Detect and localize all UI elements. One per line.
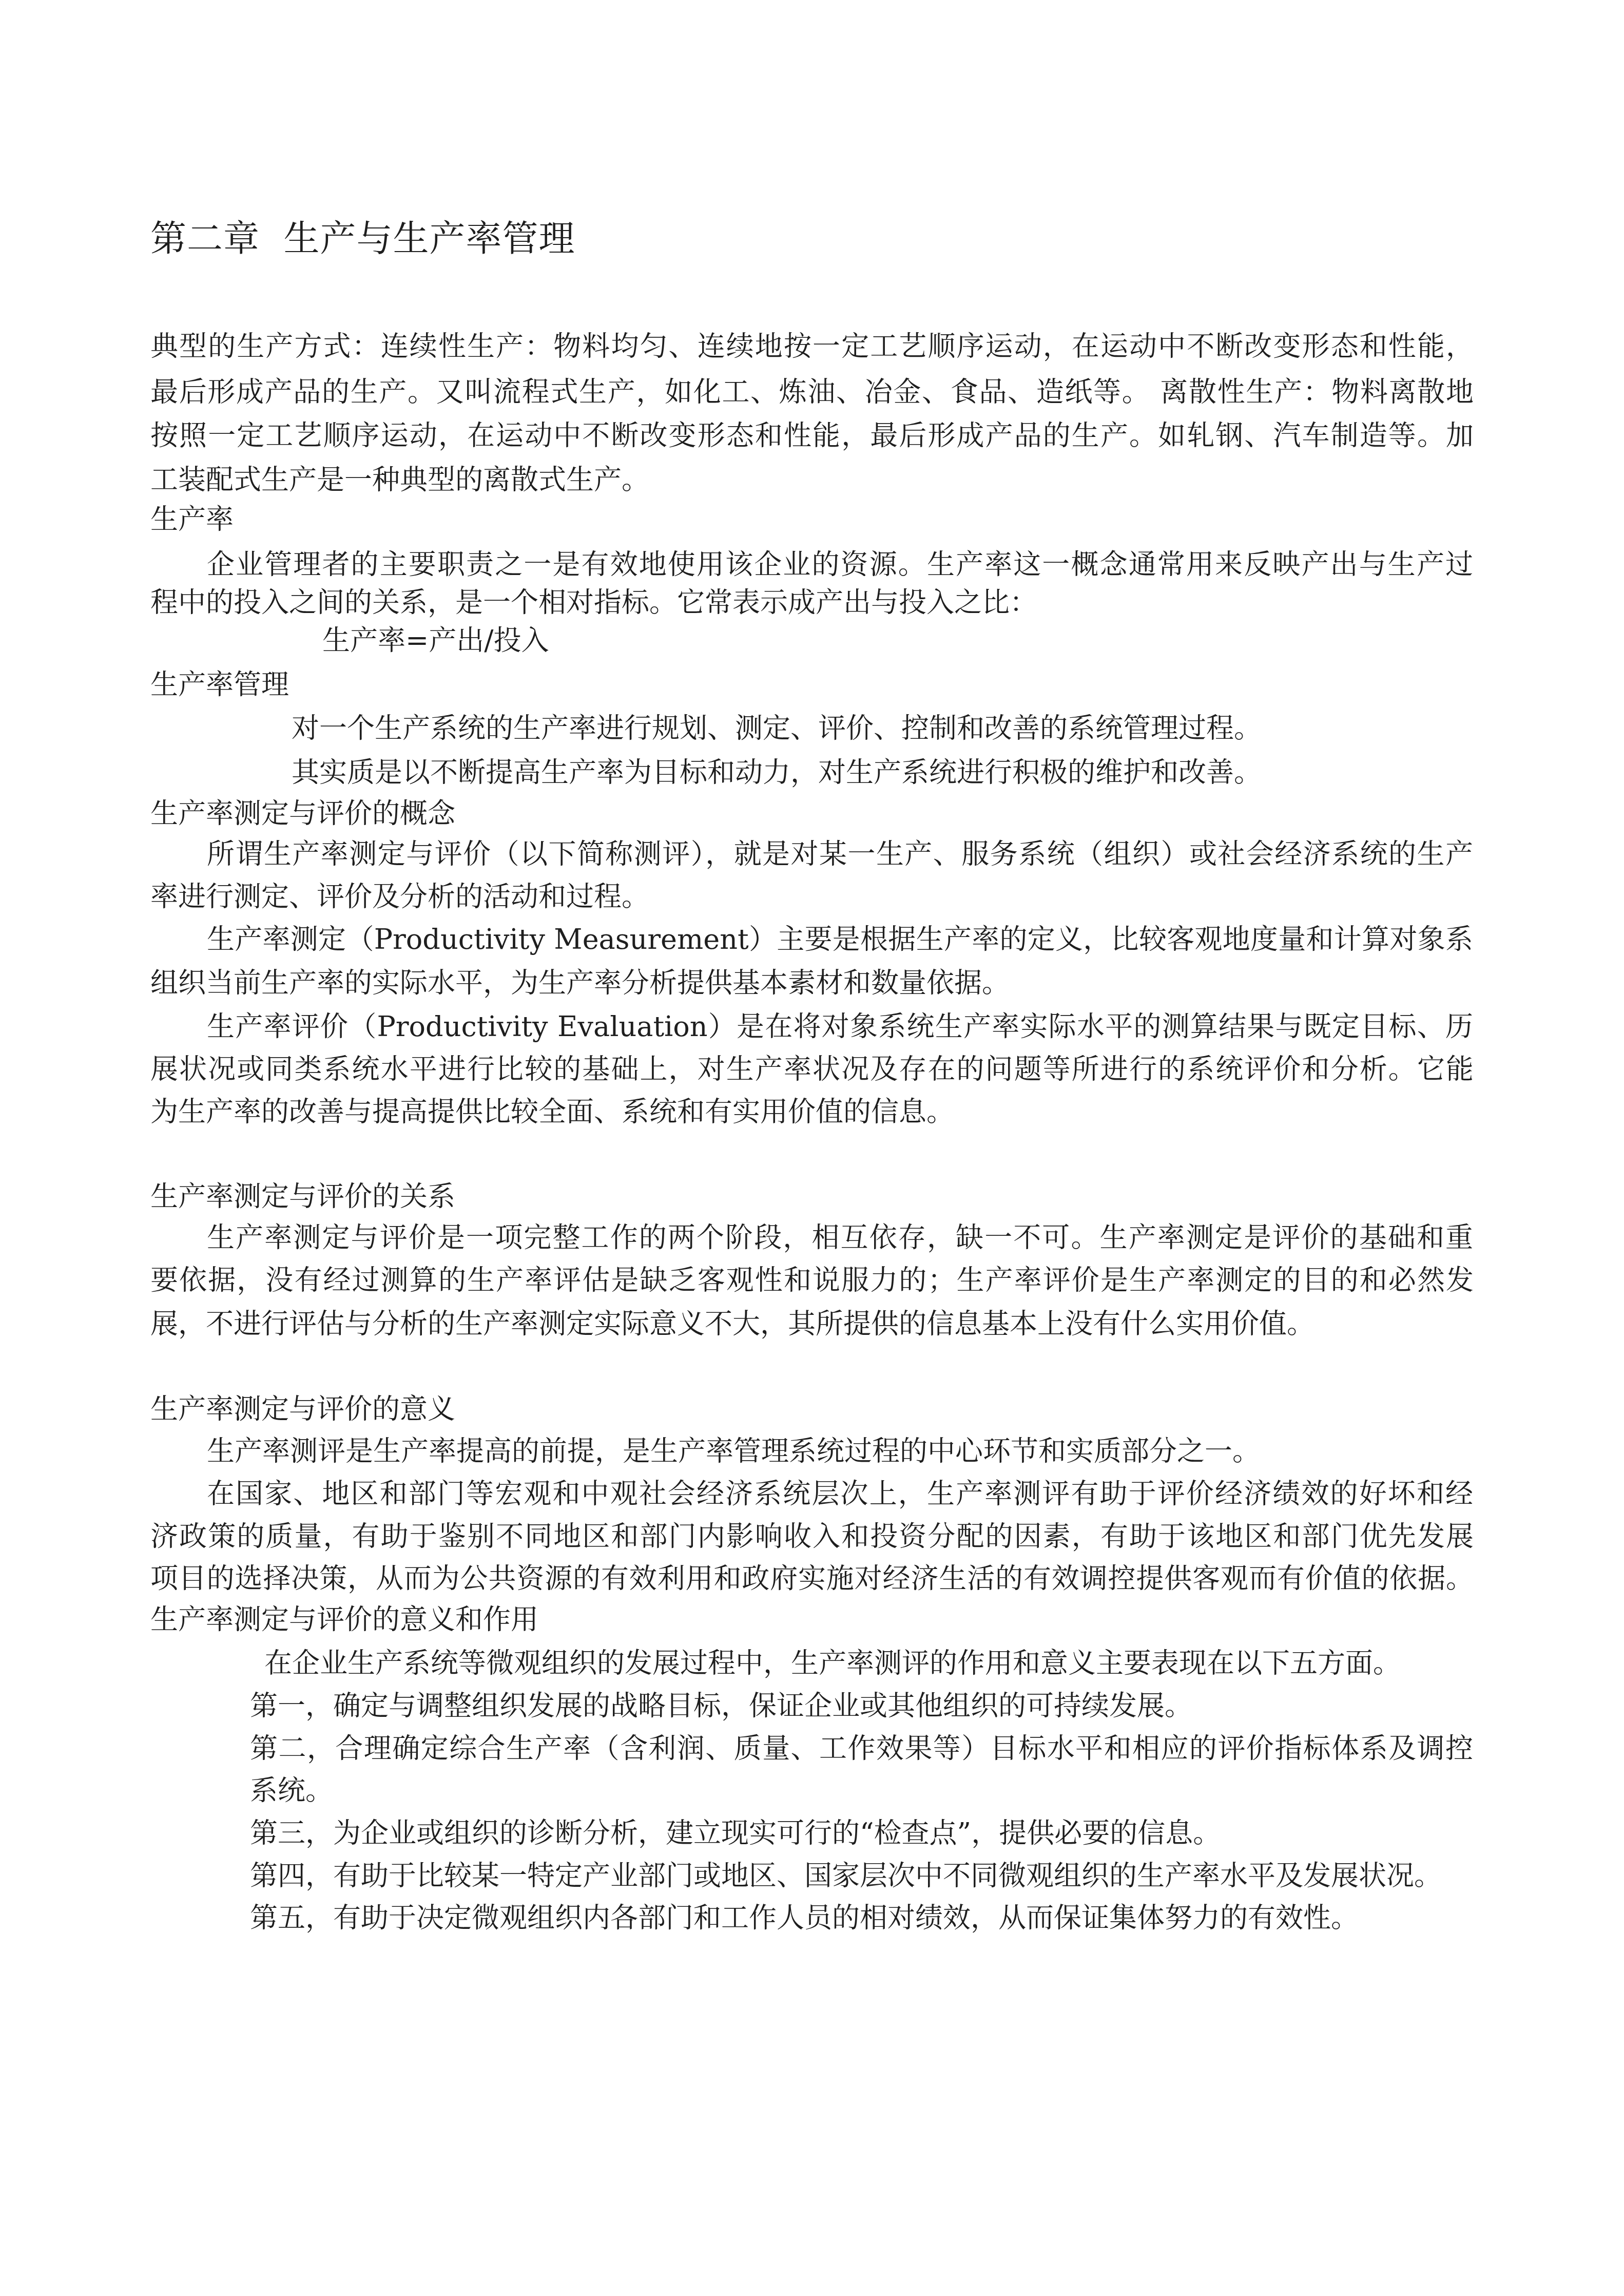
productivity-management-line-2: 其实质是以不断提高生产率为目标和动力，对生产系统进行积极的维护和改善。 — [292, 751, 1262, 794]
significance-and-role-intro: 在企业生产系统等微观组织的发展过程中，生产率测评的作用和意义主要表现在以下五方面… — [264, 1642, 1401, 1685]
productivity-management-line-1: 对一个生产系统的生产率进行规划、测定、评价、控制和改善的系统管理过程。 — [292, 707, 1262, 750]
section-heading-significance: 生产率测定与评价的意义 — [150, 1388, 455, 1431]
aspect-item-2-continued: 系统。 — [250, 1769, 333, 1812]
intro-line-1: 典型的生产方式：连续性生产：物料均匀、连续地按一定工艺顺序运动，在运动中不断改变… — [150, 325, 1474, 368]
significance-line-2: 在国家、地区和部门等宏观和中观社会经济系统层次上，生产率测评有助于评价经济绩效的… — [207, 1472, 1473, 1516]
aspect-item-3: 第三，为企业或组织的诊断分析，建立现实可行的“检查点”，提供必要的信息。 — [250, 1812, 1221, 1855]
productivity-line-2: 程中的投入之间的关系，是一个相对指标。它常表示成产出与投入之比： — [150, 581, 1037, 624]
concept-line-1: 所谓生产率测定与评价（以下简称测评），就是对某一生产、服务系统（组织）或社会经济… — [207, 833, 1473, 876]
aspect-item-5: 第五，有助于决定微观组织内各部门和工作人员的相对绩效，从而保证集体努力的有效性。 — [250, 1897, 1359, 1940]
significance-line-4: 项目的选择决策，从而为公共资源的有效利用和政府实施对经济生活的有效调控提供客观而… — [150, 1557, 1474, 1600]
intro-line-2: 最后形成产品的生产。又叫流程式生产，如化工、炼油、冶金、食品、造纸等。 离散性生… — [150, 371, 1474, 414]
relation-line-2: 要依据，没有经过测算的生产率评估是缺乏客观性和说服力的；生产率评价是生产率测定的… — [150, 1259, 1474, 1302]
section-heading-significance-and-role: 生产率测定与评价的意义和作用 — [150, 1598, 538, 1641]
productivity-formula: 生产率=产出/投入 — [322, 619, 549, 662]
relation-line-1: 生产率测定与评价是一项完整工作的两个阶段，相互依存，缺一不可。生产率测定是评价的… — [207, 1216, 1473, 1259]
concept-line-3: 生产率测定（Productivity Measurement）主要是根据生产率的… — [207, 918, 1473, 961]
aspect-item-1: 第一，确定与调整组织发展的战略目标，保证企业或其他组织的可持续发展。 — [250, 1685, 1192, 1728]
concept-line-5: 生产率评价（Productivity Evaluation）是在将对象系统生产率… — [207, 1005, 1473, 1048]
productivity-line-1: 企业管理者的主要职责之一是有效地使用该企业的资源。生产率这一概念通常用来反映产出… — [207, 543, 1473, 586]
concept-line-6: 展状况或同类系统水平进行比较的基础上，对生产率状况及存在的问题等所进行的系统评价… — [150, 1048, 1474, 1091]
concept-line-7: 为生产率的改善与提高提供比较全面、系统和有实用价值的信息。 — [150, 1090, 954, 1134]
concept-line-2: 率进行测定、评价及分析的活动和过程。 — [150, 875, 649, 919]
aspect-item-2: 第二，合理确定综合生产率（含利润、质量、工作效果等）目标水平和相应的评价指标体系… — [250, 1727, 1473, 1770]
section-heading-relation: 生产率测定与评价的关系 — [150, 1175, 455, 1218]
intro-line-3: 按照一定工艺顺序运动，在运动中不断改变形态和性能，最后形成产品的生产。如轧钢、汽… — [150, 414, 1474, 457]
section-heading-concept: 生产率测定与评价的概念 — [150, 792, 455, 835]
significance-line-1: 生产率测评是生产率提高的前提，是生产率管理系统过程的中心环节和实质部分之一。 — [207, 1430, 1260, 1473]
intro-line-4: 工装配式生产是一种典型的离散式生产。 — [150, 458, 649, 502]
section-heading-productivity-management: 生产率管理 — [150, 663, 289, 706]
chapter-title: 第二章 生产与生产率管理 — [150, 216, 575, 262]
significance-line-3: 济政策的质量，有助于鉴别不同地区和部门内影响收入和投资分配的因素，有助于该地区和… — [150, 1515, 1474, 1558]
relation-line-3: 展，不进行评估与分析的生产率测定实际意义不大，其所提供的信息基本上没有什么实用价… — [150, 1303, 1314, 1346]
aspect-item-4: 第四，有助于比较某一特定产业部门或地区、国家层次中不同微观组织的生产率水平及发展… — [250, 1854, 1442, 1898]
section-heading-productivity: 生产率 — [150, 498, 234, 541]
concept-line-4: 组织当前生产率的实际水平，为生产率分析提供基本素材和数量依据。 — [150, 962, 1010, 1005]
document-page: 第二章 生产与生产率管理 典型的生产方式：连续性生产：物料均匀、连续地按一定工艺… — [0, 0, 1624, 2296]
